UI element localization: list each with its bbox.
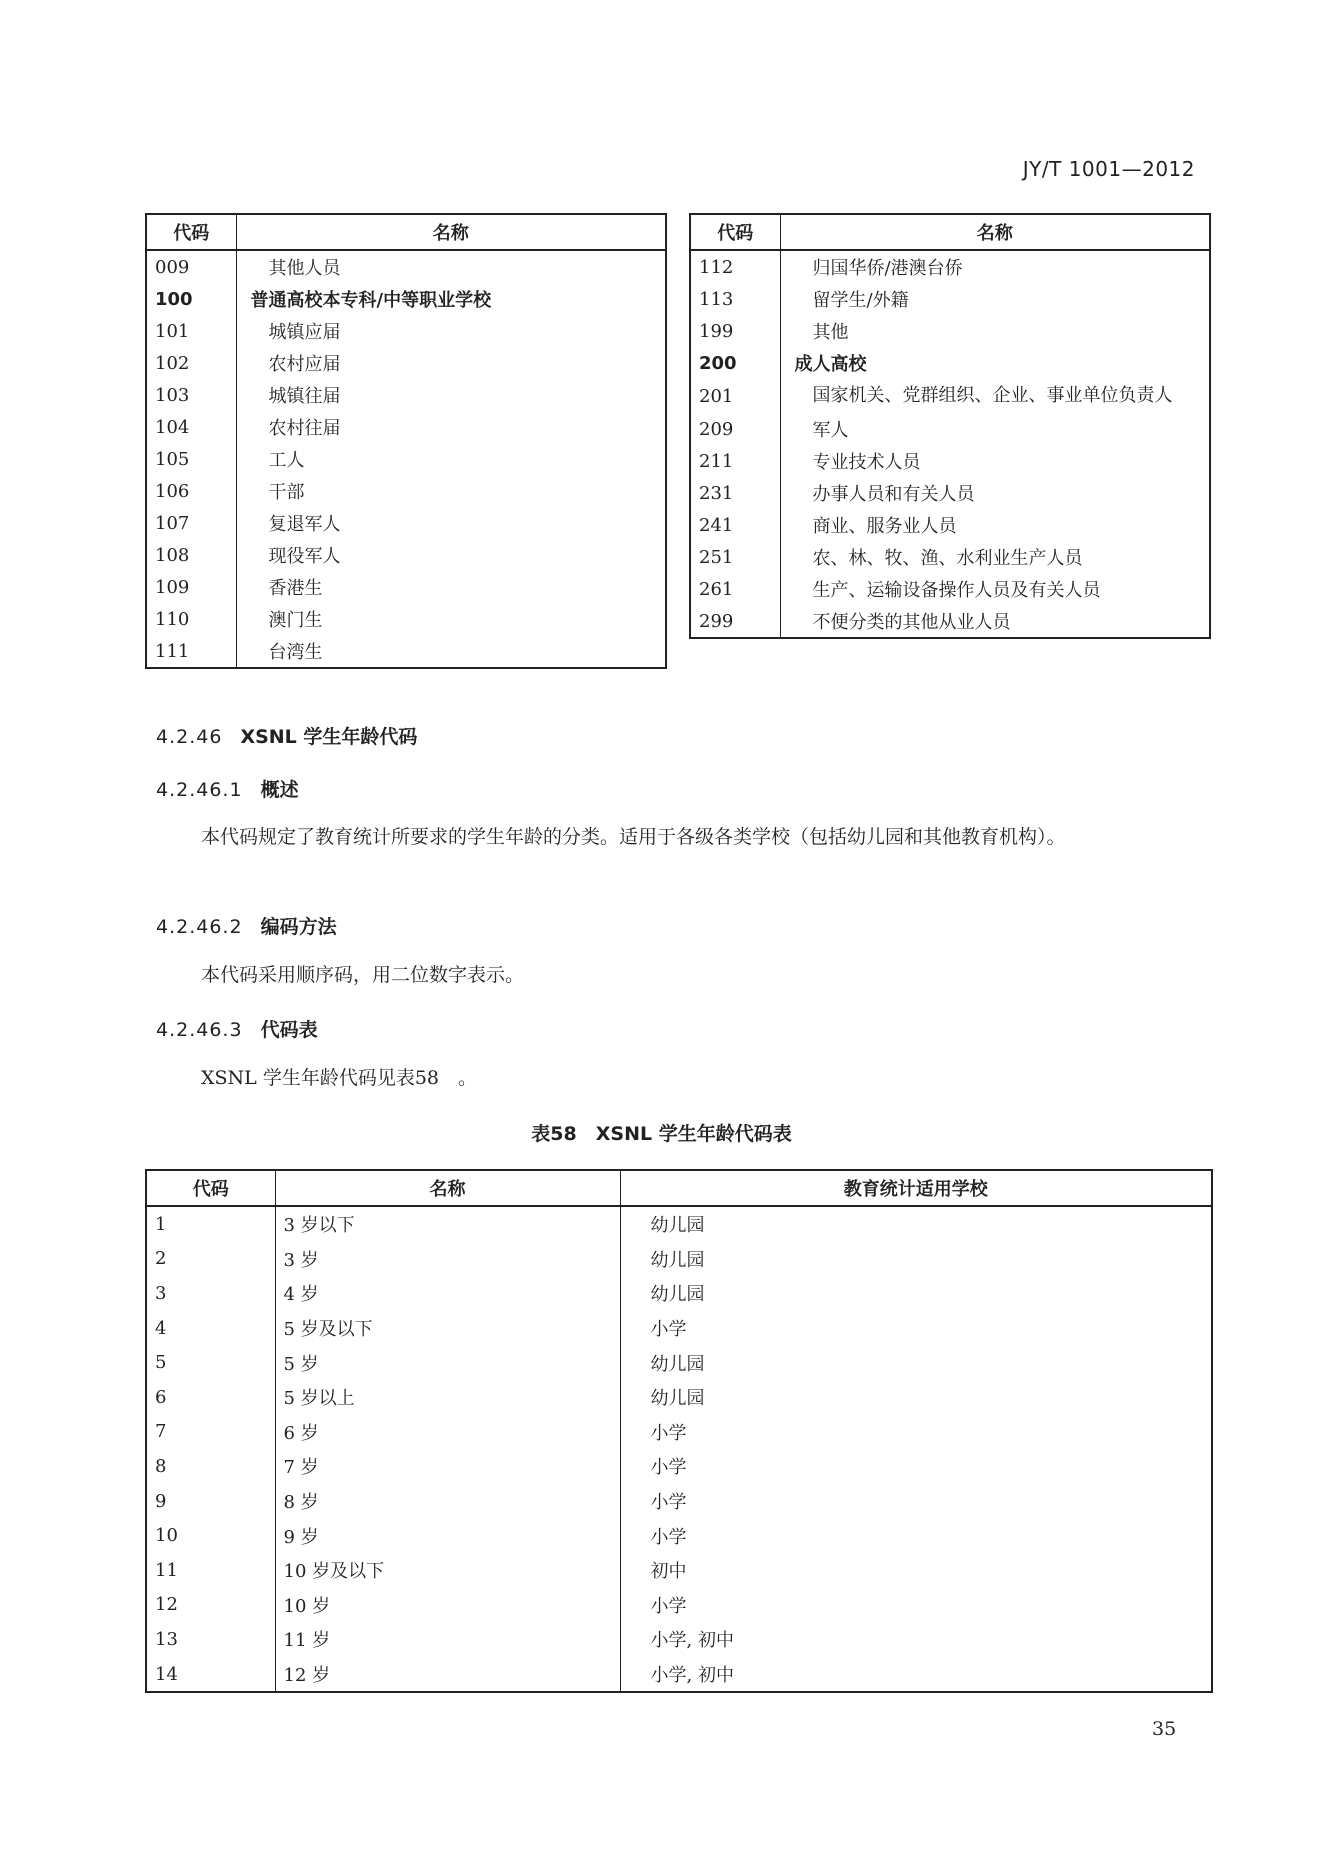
table-row: 103城镇往届: [146, 379, 666, 411]
name-cell: 6 岁: [275, 1415, 620, 1450]
name-cell: 成人高校: [780, 347, 1210, 379]
code-cell: 112: [690, 250, 780, 283]
table-row: 55 岁幼儿园: [146, 1345, 1212, 1380]
school-cell: 幼儿园: [620, 1206, 1212, 1242]
code-cell: 101: [146, 315, 236, 347]
section-title: 概述: [261, 779, 299, 801]
code-cell: 106: [146, 475, 236, 507]
table-row: 200成人高校: [690, 347, 1210, 379]
table-row: 101城镇应届: [146, 315, 666, 347]
table-row: 45 岁及以下小学: [146, 1311, 1212, 1346]
section-number: 4.2.46: [156, 726, 222, 748]
name-text: 办事人员和有关人员: [795, 484, 975, 505]
section-number: 4.2.46.2: [156, 916, 243, 938]
code-cell: 102: [146, 347, 236, 379]
code-cell: 200: [690, 347, 780, 379]
table-row: 76 岁小学: [146, 1415, 1212, 1450]
table-row: 98 岁小学: [146, 1484, 1212, 1519]
table-row: 111台湾生: [146, 635, 666, 668]
table-row: 231办事人员和有关人员: [690, 477, 1210, 509]
code-cell: 3: [146, 1276, 275, 1311]
code-cell: 1: [146, 1206, 275, 1242]
name-text: 现役军人: [251, 546, 341, 567]
name-text: 台湾生: [251, 642, 323, 663]
name-cell: 农村往届: [236, 411, 666, 443]
table-row: 1210 岁小学: [146, 1588, 1212, 1623]
code-cell: 100: [146, 283, 236, 315]
page-number: 35: [1152, 1718, 1176, 1740]
school-cell: 小学, 初中: [620, 1657, 1212, 1693]
table-row: 1311 岁小学, 初中: [146, 1622, 1212, 1657]
table-row: 113留学生/外籍: [690, 283, 1210, 315]
name-cell: 商业、服务业人员: [780, 509, 1210, 541]
student-age-code-table: 代码 名称 教育统计适用学校 13 岁以下幼儿园23 岁幼儿园34 岁幼儿园45…: [145, 1169, 1213, 1693]
name-cell: 城镇往届: [236, 379, 666, 411]
name-cell: 10 岁: [275, 1588, 620, 1623]
table-row: 1110 岁及以下初中: [146, 1553, 1212, 1588]
name-cell: 不便分类的其他从业人员: [780, 605, 1210, 638]
code-cell: 009: [146, 250, 236, 283]
school-cell: 小学: [620, 1484, 1212, 1519]
code-cell: 107: [146, 507, 236, 539]
name-text: 其他人员: [251, 258, 341, 279]
name-text: 复退军人: [251, 514, 341, 535]
code-cell: 231: [690, 477, 780, 509]
column-header-name: 名称: [275, 1170, 620, 1206]
code-cell: 14: [146, 1657, 275, 1693]
name-cell: 城镇应届: [236, 315, 666, 347]
school-cell: 幼儿园: [620, 1380, 1212, 1415]
name-cell: 农村应届: [236, 347, 666, 379]
name-cell: 归国华侨/港澳台侨: [780, 250, 1210, 283]
table-caption: 表58 XSNL 学生年龄代码表: [0, 1119, 1323, 1146]
name-text: 专业技术人员: [795, 452, 921, 473]
table-row: 23 岁幼儿园: [146, 1242, 1212, 1277]
code-cell: 110: [146, 603, 236, 635]
name-text: 生产、运输设备操作人员及有关人员: [795, 580, 1101, 601]
section-heading-4-2-46-3: 4.2.46.3代码表: [156, 1015, 318, 1042]
table-row: 100普通高校本专科/中等职业学校: [146, 283, 666, 315]
section-heading-4-2-46-1: 4.2.46.1概述: [156, 775, 299, 802]
section-number: 4.2.46.3: [156, 1019, 243, 1041]
school-cell: 初中: [620, 1553, 1212, 1588]
code-cell: 13: [146, 1622, 275, 1657]
column-header-code: 代码: [146, 1170, 275, 1206]
name-cell: 澳门生: [236, 603, 666, 635]
school-cell: 小学: [620, 1518, 1212, 1553]
column-header-name: 名称: [236, 214, 666, 250]
table-row: 110澳门生: [146, 603, 666, 635]
name-text: 澳门生: [251, 610, 323, 631]
name-text: 香港生: [251, 578, 323, 599]
occupation-code-table-left: 代码 名称 009其他人员100普通高校本专科/中等职业学校101城镇应届102…: [145, 213, 667, 669]
name-cell: 普通高校本专科/中等职业学校: [236, 283, 666, 315]
code-cell: 113: [690, 283, 780, 315]
occupation-code-table-right: 代码 名称 112归国华侨/港澳台侨113留学生/外籍199其他200成人高校2…: [689, 213, 1211, 639]
code-cell: 11: [146, 1553, 275, 1588]
code-cell: 104: [146, 411, 236, 443]
name-cell: 3 岁以下: [275, 1206, 620, 1242]
name-text: 城镇应届: [251, 322, 341, 343]
code-cell: 261: [690, 573, 780, 605]
standard-code: JY/T 1001—2012: [1023, 157, 1195, 181]
overview-paragraph: 本代码规定了教育统计所要求的学生年龄的分类。适用于各级各类学校（包括幼儿园和其他…: [156, 820, 1201, 854]
school-cell: 幼儿园: [620, 1242, 1212, 1277]
name-text: 归国华侨/港澳台侨: [795, 258, 963, 279]
name-text: 商业、服务业人员: [795, 516, 957, 537]
encoding-paragraph: 本代码采用顺序码，用二位数字表示。: [201, 958, 524, 992]
table-row: 87 岁小学: [146, 1449, 1212, 1484]
name-text: 农、林、牧、渔、水利业生产人员: [795, 548, 1083, 569]
column-header-code: 代码: [690, 214, 780, 250]
code-cell: 5: [146, 1345, 275, 1380]
name-cell: 5 岁以上: [275, 1380, 620, 1415]
name-text: 工人: [251, 450, 305, 471]
table-row: 65 岁以上幼儿园: [146, 1380, 1212, 1415]
code-cell: 9: [146, 1484, 275, 1519]
name-cell: 专业技术人员: [780, 445, 1210, 477]
code-cell: 199: [690, 315, 780, 347]
section-heading-4-2-46: 4.2.46XSNL 学生年龄代码: [156, 722, 417, 749]
name-cell: 办事人员和有关人员: [780, 477, 1210, 509]
name-cell: 其他: [780, 315, 1210, 347]
code-cell: 105: [146, 443, 236, 475]
name-cell: 其他人员: [236, 250, 666, 283]
table-row: 261生产、运输设备操作人员及有关人员: [690, 573, 1210, 605]
name-text: 留学生/外籍: [795, 290, 909, 311]
code-cell: 209: [690, 413, 780, 445]
name-cell: 11 岁: [275, 1622, 620, 1657]
table-row: 108现役军人: [146, 539, 666, 571]
table-row: 199其他: [690, 315, 1210, 347]
table-row: 102农村应届: [146, 347, 666, 379]
name-cell: 4 岁: [275, 1276, 620, 1311]
code-cell: 211: [690, 445, 780, 477]
name-cell: 9 岁: [275, 1518, 620, 1553]
table-row: 1412 岁小学, 初中: [146, 1657, 1212, 1693]
name-cell: 7 岁: [275, 1449, 620, 1484]
name-text: 其他: [795, 322, 849, 343]
table-row: 105工人: [146, 443, 666, 475]
name-cell: 5 岁及以下: [275, 1311, 620, 1346]
table-row: 109香港生: [146, 571, 666, 603]
table-row: 201国家机关、党群组织、企业、事业单位负责人: [690, 379, 1210, 413]
table-row: 241商业、服务业人员: [690, 509, 1210, 541]
table-row: 251农、林、牧、渔、水利业生产人员: [690, 541, 1210, 573]
name-cell: 生产、运输设备操作人员及有关人员: [780, 573, 1210, 605]
name-text: 国家机关、党群组织、企业、事业单位负责人: [795, 385, 1173, 406]
name-text: 成人高校: [795, 354, 867, 375]
school-cell: 幼儿园: [620, 1345, 1212, 1380]
table-row: 299不便分类的其他从业人员: [690, 605, 1210, 638]
name-text: 农村应届: [251, 354, 341, 375]
code-table-paragraph: XSNL 学生年龄代码见表58 。: [201, 1061, 477, 1095]
table-row: 009其他人员: [146, 250, 666, 283]
name-cell: 国家机关、党群组织、企业、事业单位负责人: [780, 379, 1210, 413]
name-text: 农村往届: [251, 418, 341, 439]
name-cell: 复退军人: [236, 507, 666, 539]
code-cell: 10: [146, 1518, 275, 1553]
name-cell: 工人: [236, 443, 666, 475]
name-text: 干部: [251, 482, 305, 503]
code-cell: 103: [146, 379, 236, 411]
table-row: 211专业技术人员: [690, 445, 1210, 477]
school-cell: 小学, 初中: [620, 1622, 1212, 1657]
code-cell: 251: [690, 541, 780, 573]
table-row: 13 岁以下幼儿园: [146, 1206, 1212, 1242]
code-cell: 299: [690, 605, 780, 638]
code-cell: 6: [146, 1380, 275, 1415]
column-header-code: 代码: [146, 214, 236, 250]
name-text: 军人: [795, 420, 849, 441]
code-cell: 12: [146, 1588, 275, 1623]
section-number: 4.2.46.1: [156, 779, 243, 801]
name-cell: 3 岁: [275, 1242, 620, 1277]
code-cell: 8: [146, 1449, 275, 1484]
name-cell: 干部: [236, 475, 666, 507]
code-cell: 108: [146, 539, 236, 571]
code-cell: 7: [146, 1415, 275, 1450]
name-cell: 现役军人: [236, 539, 666, 571]
school-cell: 小学: [620, 1588, 1212, 1623]
section-title: 编码方法: [261, 916, 337, 938]
school-cell: 小学: [620, 1311, 1212, 1346]
name-cell: 5 岁: [275, 1345, 620, 1380]
table-row: 104农村往届: [146, 411, 666, 443]
name-cell: 香港生: [236, 571, 666, 603]
section-title: 代码表: [261, 1019, 318, 1041]
name-cell: 8 岁: [275, 1484, 620, 1519]
school-cell: 幼儿园: [620, 1276, 1212, 1311]
table-row: 109 岁小学: [146, 1518, 1212, 1553]
name-cell: 10 岁及以下: [275, 1553, 620, 1588]
name-text: 普通高校本专科/中等职业学校: [251, 290, 492, 311]
name-cell: 农、林、牧、渔、水利业生产人员: [780, 541, 1210, 573]
column-header-name: 名称: [780, 214, 1210, 250]
table-row: 107复退军人: [146, 507, 666, 539]
school-cell: 小学: [620, 1415, 1212, 1450]
name-cell: 12 岁: [275, 1657, 620, 1693]
code-cell: 109: [146, 571, 236, 603]
code-cell: 2: [146, 1242, 275, 1277]
code-cell: 111: [146, 635, 236, 668]
code-cell: 201: [690, 379, 780, 413]
table-row: 112归国华侨/港澳台侨: [690, 250, 1210, 283]
section-heading-4-2-46-2: 4.2.46.2编码方法: [156, 912, 337, 939]
column-header-school: 教育统计适用学校: [620, 1170, 1212, 1206]
name-cell: 军人: [780, 413, 1210, 445]
table-row: 106干部: [146, 475, 666, 507]
name-text: 城镇往届: [251, 386, 341, 407]
name-text: 不便分类的其他从业人员: [795, 612, 1011, 633]
table-row: 209军人: [690, 413, 1210, 445]
code-cell: 4: [146, 1311, 275, 1346]
name-cell: 台湾生: [236, 635, 666, 668]
school-cell: 小学: [620, 1449, 1212, 1484]
table-row: 34 岁幼儿园: [146, 1276, 1212, 1311]
name-cell: 留学生/外籍: [780, 283, 1210, 315]
section-title: XSNL 学生年龄代码: [240, 726, 417, 748]
code-cell: 241: [690, 509, 780, 541]
